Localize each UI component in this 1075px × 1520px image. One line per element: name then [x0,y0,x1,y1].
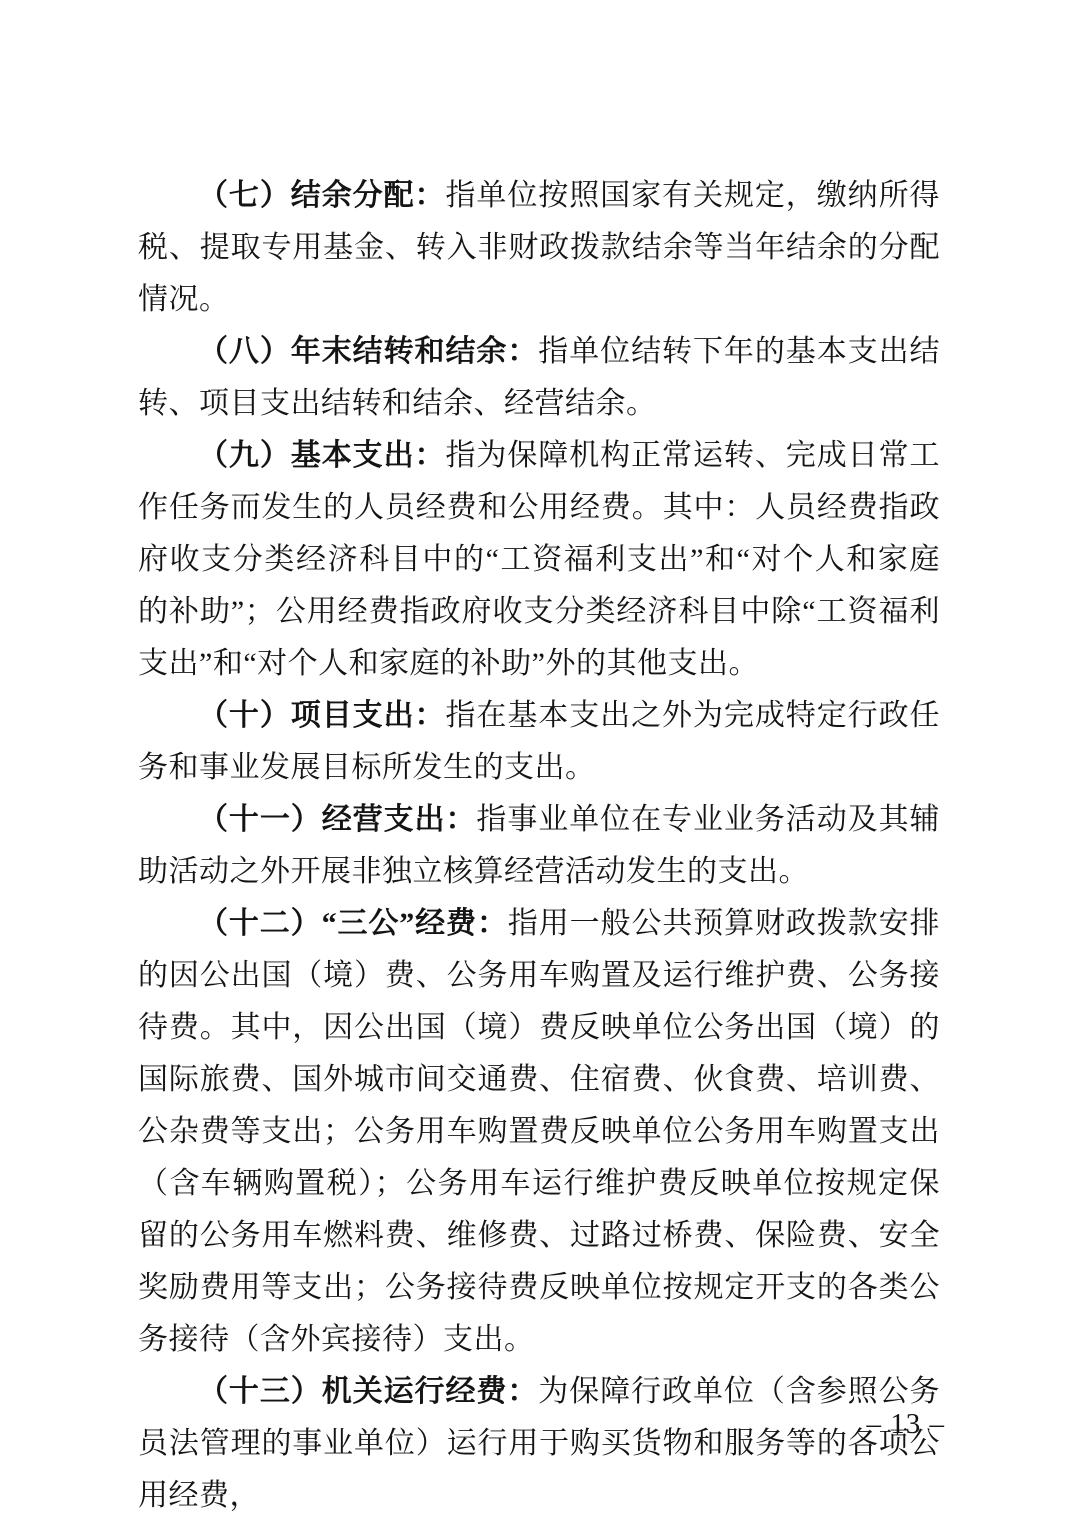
document-body: （七）结余分配：指单位按照国家有关规定，缴纳所得税、提取专用基金、转入非财政拨款… [138,170,940,1520]
paragraph: （十一）经营支出：指事业单位在专业业务活动及其辅助活动之外开展非独立核算经营活动… [138,794,940,898]
term-label: （七）结余分配： [198,179,445,212]
paragraph: （十）项目支出：指在基本支出之外为完成特定行政任务和事业发展目标所发生的支出。 [138,690,940,794]
paragraph: （八）年末结转和结余：指单位结转下年的基本支出结转、项目支出结转和结余、经营结余… [138,326,940,430]
term-label: （九）基本支出： [198,439,445,472]
paragraph: （九）基本支出：指为保障机构正常运转、完成日常工作任务而发生的人员经费和公用经费… [138,430,940,690]
paragraph: （十二）“三公”经费：指用一般公共预算财政拨款安排的因公出国（境）费、公务用车购… [138,898,940,1366]
term-label: （十三）机关运行经费： [198,1375,538,1408]
term-label: （十）项目支出： [198,699,445,732]
definition-text: 指用一般公共预算财政拨款安排的因公出国（境）费、公务用车购置及运行维护费、公务接… [138,907,940,1356]
term-label: （八）年末结转和结余： [198,335,538,368]
definition-text: 指为保障机构正常运转、完成日常工作任务而发生的人员经费和公用经费。其中：人员经费… [138,439,940,680]
paragraph: （七）结余分配：指单位按照国家有关规定，缴纳所得税、提取专用基金、转入非财政拨款… [138,170,940,326]
paragraph: （十三）机关运行经费：为保障行政单位（含参照公务员法管理的事业单位）运行用于购买… [138,1366,940,1520]
document-page: （七）结余分配：指单位按照国家有关规定，缴纳所得税、提取专用基金、转入非财政拨款… [0,0,1075,1520]
page-number: – 13 – [867,1406,946,1442]
term-label: （十一）经营支出： [198,803,476,836]
term-label: （十二）“三公”经费： [198,907,508,940]
